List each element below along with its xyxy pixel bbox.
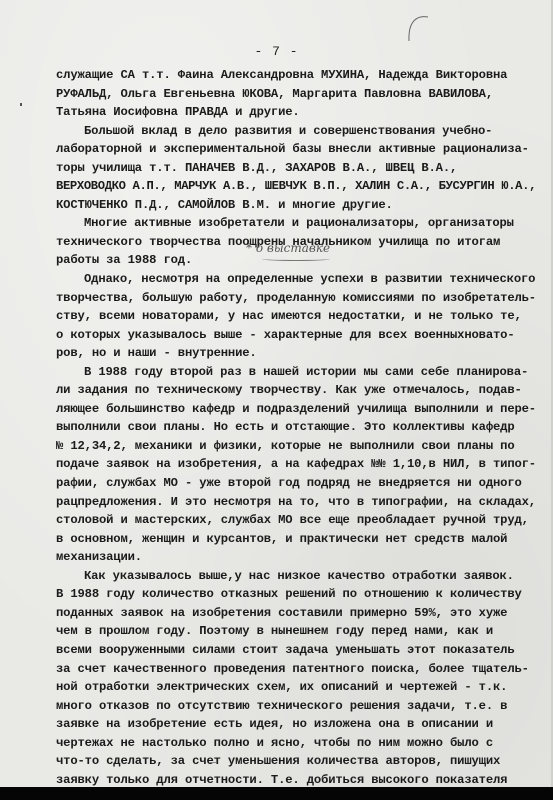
text-line: рацпредложения. И это несмотря на то, чт…: [56, 493, 536, 512]
text-line: о которых указывалось выше - характерные…: [56, 326, 536, 345]
text-line: ли задания по техническому творчеству. К…: [56, 381, 536, 400]
text-line: лабораторной и экспериментальной базы вн…: [56, 140, 536, 159]
text-line: рафии, службах МО - уже второй год подря…: [56, 474, 536, 493]
text-line: ров, но и наши - внутренние.: [56, 344, 536, 363]
text-line: Как указывалось выше,у нас низкое качест…: [56, 567, 536, 586]
handwritten-annotation: * о выставке: [246, 241, 330, 255]
text-line: ВЕРХОВОДКО А.П., МАРЧУК А.В., ШЕВЧУК В.П…: [56, 177, 536, 196]
text-line: творчества, большую работу, проделанную …: [56, 289, 536, 308]
text-line: РУФАЛЬД, Ольга Евгеньевна ЮКОВА, Маргари…: [56, 85, 536, 104]
text-line: торы училища т.т. ПАНАЧЕВ В.Д., ЗАХАРОВ …: [56, 159, 536, 178]
text-line: Большой вклад в дело развития и совершен…: [56, 122, 536, 141]
document-page: - 7 - служащие СА т.т. Фаина Александров…: [0, 0, 553, 787]
text-line: столовой и мастерских, службах МО все ещ…: [56, 511, 536, 530]
text-line: В 1988 году количество отказных решений …: [56, 585, 536, 604]
text-line: подаче заявок на изобретения, а на кафед…: [56, 455, 536, 474]
text-line: всеми вооруженными силами стоит задача у…: [56, 641, 536, 660]
text-line: чем в прошлом году. Поэтому в нынешнем г…: [56, 622, 536, 641]
annotation-underline: [262, 257, 330, 261]
text-line: Татьяна Иосифовна ПРАВДА и другие.: [56, 103, 536, 122]
stray-mark: [210, 762, 216, 763]
text-line: механизации.: [56, 548, 536, 567]
text-line: много отказов по отсутствию технического…: [56, 697, 536, 716]
text-line: в основном, женщин и курсантов, и практи…: [56, 530, 536, 549]
text-line: чертежах не настолько полно и ясно, чтоб…: [56, 734, 536, 753]
page-number: - 7 -: [0, 44, 553, 59]
text-line: ной отработки электрических схем, их опи…: [56, 678, 536, 697]
text-line: выполнили свои планы. Но есть и отстающи…: [56, 418, 536, 437]
stray-dot: [20, 103, 22, 106]
text-line: № 12,34,2, механики и физики, которые не…: [56, 437, 536, 456]
text-line: В 1988 году второй раз в нашей истории м…: [56, 363, 536, 382]
scan-border: [0, 787, 553, 800]
text-line: служащие СА т.т. Фаина Александровна МУХ…: [56, 66, 536, 85]
text-line: Многие активные изобретатели и рационали…: [56, 214, 536, 233]
text-line: поданных заявок на изобретения составили…: [56, 604, 536, 623]
text-line: за счет качественного проведения патентн…: [56, 660, 536, 679]
text-line: ляющее большинство кафедр и подразделени…: [56, 400, 536, 419]
text-line: Однако, несмотря на определенные успехи …: [56, 270, 536, 289]
typed-text-body: служащие СА т.т. Фаина Александровна МУХ…: [56, 66, 536, 789]
text-line: ству, всеми новаторами, у нас имеются не…: [56, 307, 536, 326]
text-line: что-то сделать, за счет уменьшения колич…: [56, 752, 536, 771]
text-line: заявке на изобретение есть идея, но изло…: [56, 715, 536, 734]
text-line: КОСТЮЧЕНКО П.Д., САМОЙЛОВ В.М. и многие …: [56, 196, 536, 215]
pencil-mark-icon: [400, 14, 430, 44]
